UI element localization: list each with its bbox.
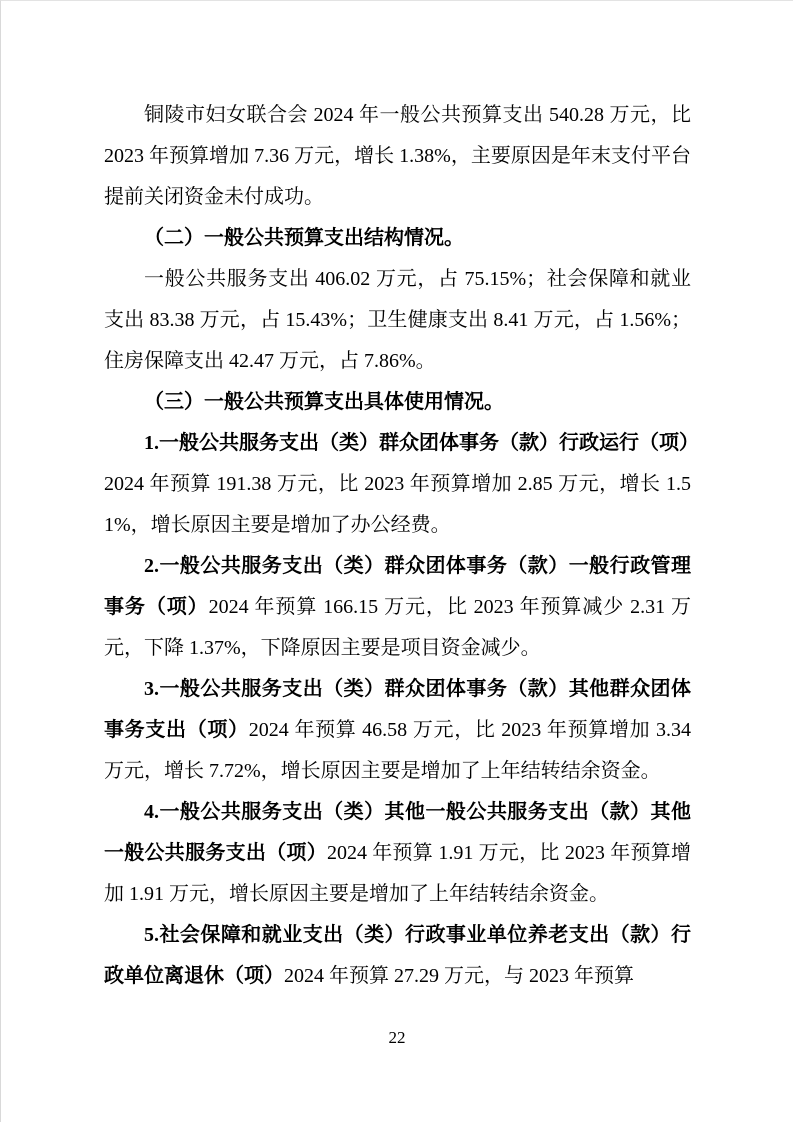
budget-item-5-detail: 2024 年预算 27.29 万元，与 2023 年预算 [284,965,634,987]
budget-item-1: 1.一般公共服务支出（类）群众团体事务（款）行政运行（项）2024 年预算 19… [104,423,691,546]
section-heading-expenditure-structure: （二）一般公共预算支出结构情况。 [104,218,691,259]
document-body: 铜陵市妇女联合会 2024 年一般公共预算支出 540.28 万元，比 2023… [104,95,691,997]
section-heading-expenditure-usage: （三）一般公共预算支出具体使用情况。 [104,382,691,423]
paragraph-budget-total: 铜陵市妇女联合会 2024 年一般公共预算支出 540.28 万元，比 2023… [104,95,691,218]
budget-item-1-title: 1.一般公共服务支出（类）群众团体事务（款）行政运行（项） [144,432,699,454]
budget-item-5: 5.社会保障和就业支出（类）行政事业单位养老支出（款）行政单位离退休（项）202… [104,915,691,997]
document-page: 铜陵市妇女联合会 2024 年一般公共预算支出 540.28 万元，比 2023… [0,0,793,1122]
page-number: 22 [1,1027,793,1049]
budget-item-1-detail: 2024 年预算 191.38 万元，比 2023 年预算增加 2.85 万元，… [104,473,691,536]
paragraph-expenditure-structure: 一般公共服务支出 406.02 万元，占 75.15%；社会保障和就业支出 83… [104,259,691,382]
budget-item-3: 3.一般公共服务支出（类）群众团体事务（款）其他群众团体事务支出（项）2024 … [104,669,691,792]
budget-item-4: 4.一般公共服务支出（类）其他一般公共服务支出（款）其他一般公共服务支出（项）2… [104,792,691,915]
budget-item-2: 2.一般公共服务支出（类）群众团体事务（款）一般行政管理事务（项）2024 年预… [104,546,691,669]
